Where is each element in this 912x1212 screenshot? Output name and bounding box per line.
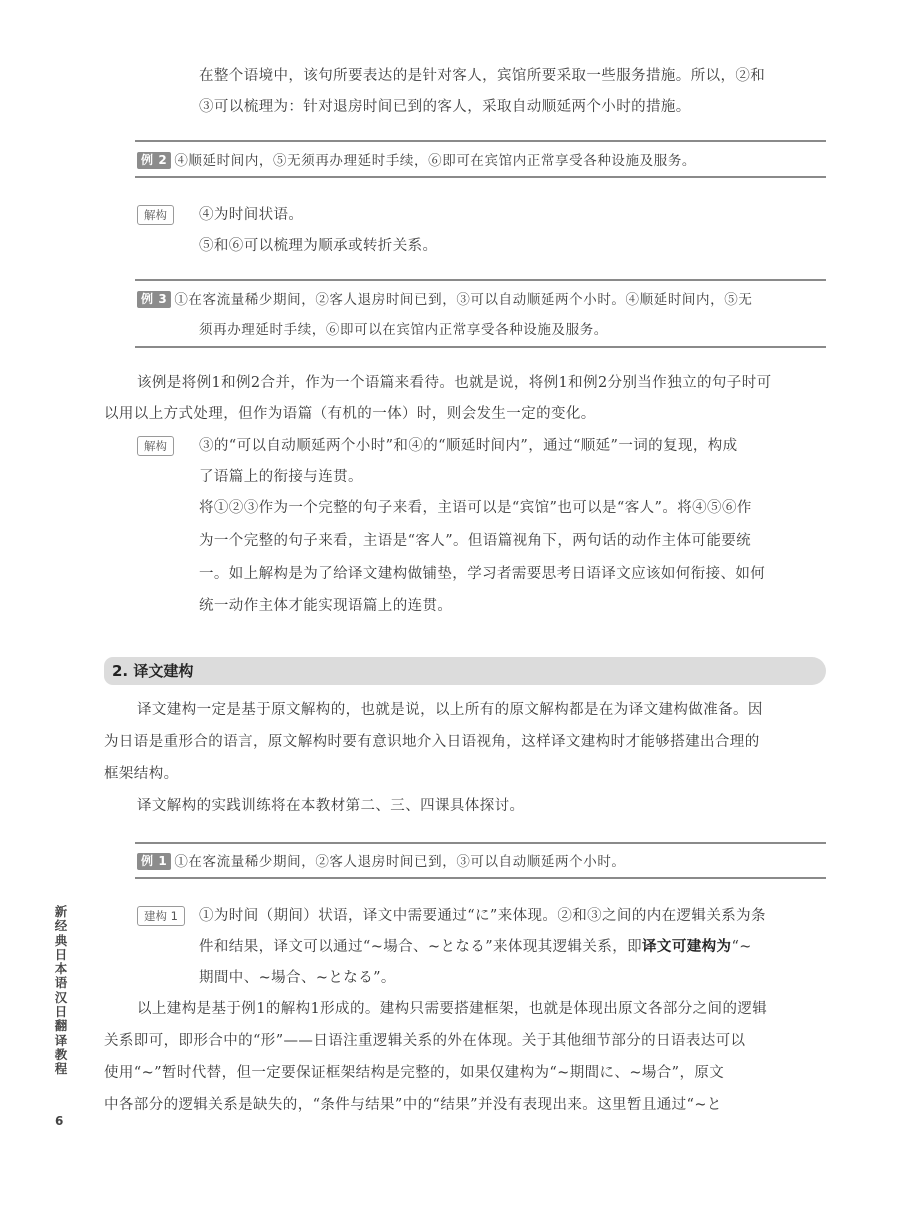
construct-line: 期間中、~場合、~となる”。 [199, 968, 396, 988]
paragraph-line: ③可以梳理为：针对退房时间已到的客人，采取自动顺延两个小时的措施。 [199, 97, 691, 117]
construct-line: 件和结果，译文可以通过“~場合、~となる”来体现其逻辑关系，即译文可建构为“~ [199, 937, 752, 957]
example-3-line-2: 须再办理延时手续，⑥即可以在宾馆内正常享受各种设施及服务。 [199, 320, 608, 340]
example-text: ①在客流量稀少期间，②客人退房时间已到，③可以自动顺延两个小时。 [174, 854, 625, 870]
paragraph-line: 中各部分的逻辑关系是缺失的，“条件与结果”中的“结果”并没有表现出来。这里暂且通… [104, 1095, 722, 1115]
analysis-line: ③的“可以自动顺延两个小时”和④的“顺延时间内”，通过“顺延”一词的复现，构成 [199, 436, 738, 456]
construct-emphasis: 译文可建构为 [642, 939, 731, 955]
example-text: ①在客流量稀少期间，②客人退房时间已到，③可以自动顺延两个小时。④顺延时间内，⑤… [174, 292, 752, 308]
paragraph-line: 使用“~”暂时代替，但一定要保证框架结构是完整的，如果仅建构为“~期間に、~場合… [104, 1063, 724, 1083]
example-2: 例 2④顺延时间内，⑤无须再办理延时手续，⑥即可在宾馆内正常享受各种设施及服务。 [137, 151, 696, 171]
construct-text: “~ [731, 939, 751, 955]
paragraph-line: 在整个语境中，该句所要表达的是针对客人，宾馆所要采取一些服务措施。所以，②和 [199, 66, 765, 86]
analysis-line: 统一动作主体才能实现语篇上的连贯。 [199, 596, 452, 616]
example-tag: 例 1 [137, 853, 171, 870]
paragraph-line: 以上建构是基于例1的解构1形成的。建构只需要搭建框架，也就是体现出原文各部分之间… [137, 999, 767, 1019]
divider-rule [135, 176, 826, 178]
divider-rule [135, 346, 826, 348]
analysis-line: 一。如上解构是为了给译文建构做铺垫，学习者需要思考日语译文应该如何衔接、如何 [199, 564, 765, 584]
paragraph-line: 译文解构的实践训练将在本教材第二、三、四课具体探讨。 [137, 796, 524, 816]
analysis-tag: 解构 [137, 205, 174, 225]
example-tag: 例 3 [137, 291, 171, 308]
section-title: 2. 译文建构 [112, 660, 193, 682]
divider-rule [135, 140, 826, 142]
paragraph-line: 该例是将例1和例2合并，作为一个语篇来看待。也就是说，将例1和例2分别当作独立的… [137, 373, 772, 393]
construct-line: ①为时间（期间）状语，译文中需要通过“に”来体现。②和③之间的内在逻辑关系为条 [199, 906, 766, 926]
textbook-page: 在整个语境中，该句所要表达的是针对客人，宾馆所要采取一些服务措施。所以，②和 ③… [0, 0, 912, 1212]
example-3-line-1: 例 3①在客流量稀少期间，②客人退房时间已到，③可以自动顺延两个小时。④顺延时间… [137, 290, 752, 310]
analysis-line: ⑤和⑥可以梳理为顺承或转折关系。 [199, 236, 437, 256]
book-title-vertical: 新经典日本语汉日翻译教程 [52, 905, 70, 1077]
divider-rule [135, 877, 826, 879]
paragraph-line: 关系即可，即形合中的“形”——日语注重逻辑关系的外在体现。关于其他细节部分的日语… [104, 1031, 745, 1051]
example-tag: 例 2 [137, 152, 171, 169]
page-number: 6 [55, 1114, 63, 1128]
paragraph-line: 框架结构。 [104, 764, 179, 784]
analysis-line: 为一个完整的句子来看，主语是“客人”。但语篇视角下，两句话的动作主体可能要统 [199, 531, 751, 551]
analysis-line: 将①②③作为一个完整的句子来看，主语可以是“宾馆”也可以是“客人”。将④⑤⑥作 [199, 498, 752, 518]
section-header-bar [104, 657, 826, 685]
construct-tag: 建构 1 [137, 906, 185, 926]
paragraph-line: 译文建构一定是基于原文解构的，也就是说，以上所有的原文解构都是在为译文建构做准备… [137, 700, 763, 720]
analysis-line: ④为时间状语。 [199, 205, 303, 225]
example-text: ④顺延时间内，⑤无须再办理延时手续，⑥即可在宾馆内正常享受各种设施及服务。 [174, 153, 696, 169]
paragraph-line: 为日语是重形合的语言，原文解构时要有意识地介入日语视角，这样译文建构时才能够搭建… [104, 732, 760, 752]
divider-rule [135, 842, 826, 844]
construct-text: 件和结果，译文可以通过“~場合、~となる”来体现其逻辑关系，即 [199, 939, 642, 955]
divider-rule [135, 279, 826, 281]
paragraph-line: 以用以上方式处理，但作为语篇（有机的一体）时，则会发生一定的变化。 [104, 404, 596, 424]
analysis-tag: 解构 [137, 436, 174, 456]
analysis-line: 了语篇上的衔接与连贯。 [199, 467, 363, 487]
example-1: 例 1①在客流量稀少期间，②客人退房时间已到，③可以自动顺延两个小时。 [137, 852, 626, 872]
